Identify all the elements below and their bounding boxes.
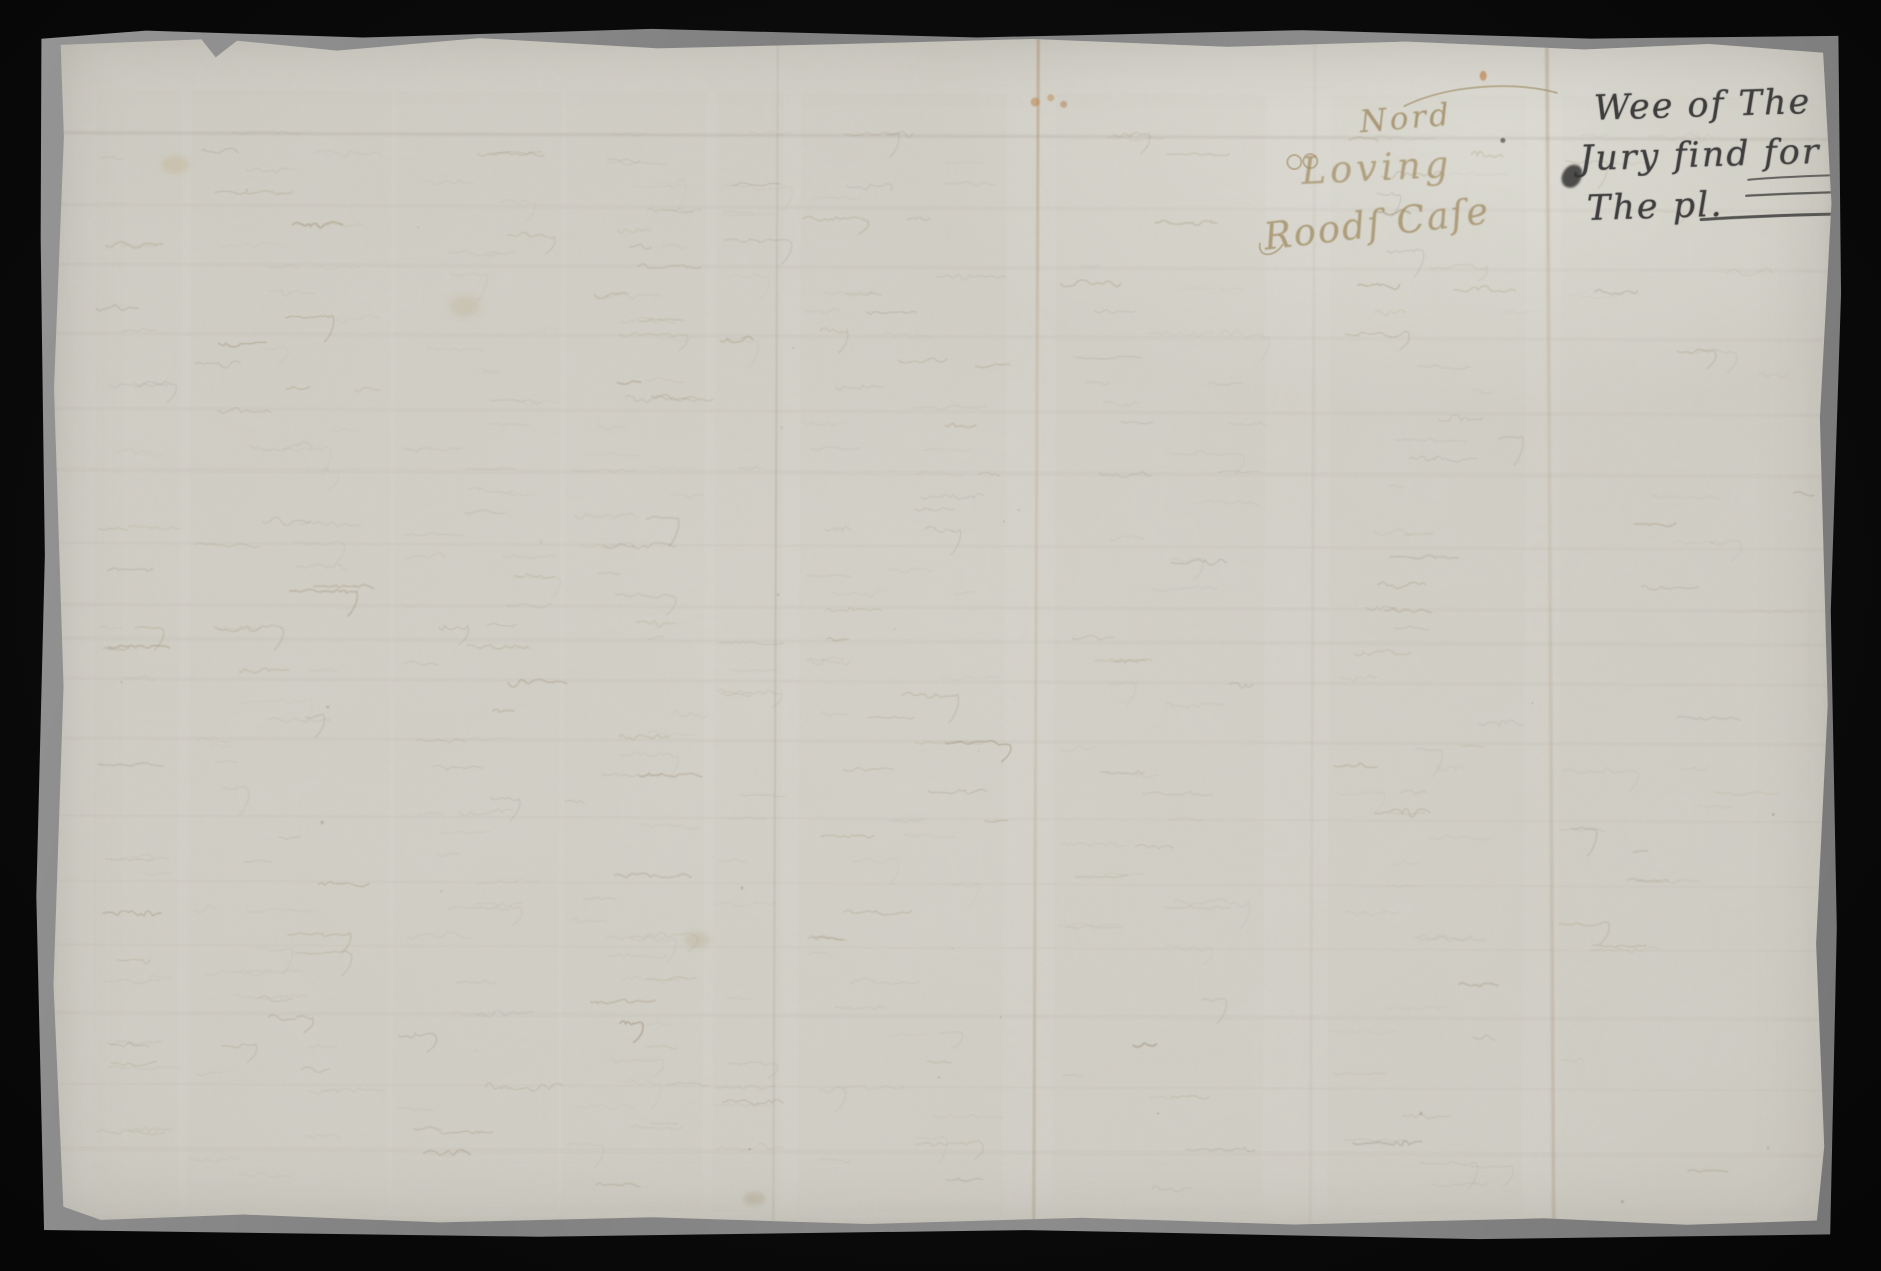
document-assembly: Nord Loving Roodſ Caſe Wee of The Jury f… (33, 19, 1844, 1244)
verdict-line-3: The pl. (1586, 175, 1871, 234)
verdict-line-2: Jury find for (1579, 125, 1870, 184)
bleedthrough-texture (47, 29, 1834, 1230)
photograph-background: Nord Loving Roodſ Caſe Wee of The Jury f… (0, 0, 1881, 1271)
manuscript-paper: Nord Loving Roodſ Caſe Wee of The Jury f… (47, 29, 1834, 1230)
